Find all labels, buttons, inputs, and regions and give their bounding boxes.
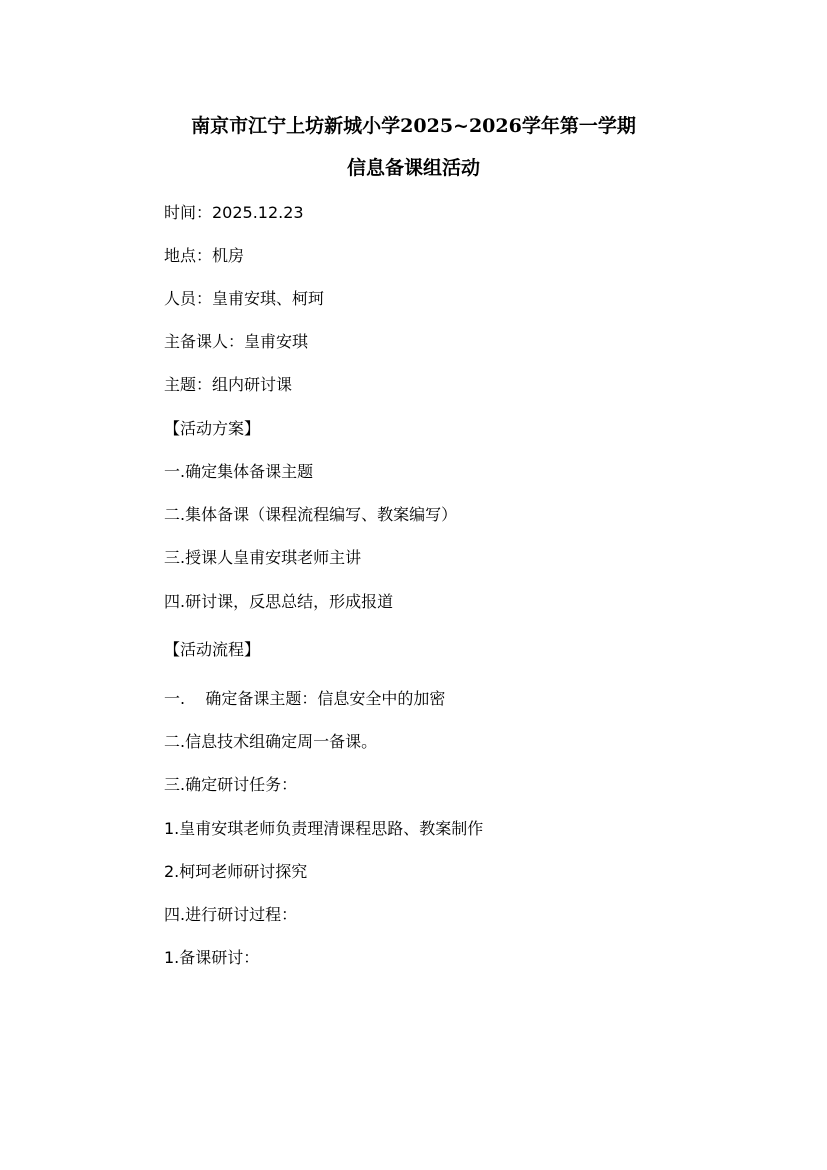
process-item: 1.皇甫安琪老师负责理清课程思路、教案制作: [164, 816, 483, 839]
process-item: 三.确定研讨任务：: [164, 772, 297, 795]
document-subtitle: 信息备课组活动: [0, 153, 827, 180]
process-item: 1.备课研讨：: [164, 945, 259, 968]
process-heading: 【活动流程】: [164, 637, 260, 660]
info-place: 地点：机房: [164, 243, 244, 266]
process-item: 二.信息技术组确定周一备课。: [164, 729, 377, 752]
plan-heading: 【活动方案】: [164, 416, 260, 439]
plan-item: 四.研讨课，反思总结，形成报道: [164, 589, 393, 612]
info-lead-teacher: 主备课人：皇甫安琪: [164, 329, 308, 352]
plan-item: 三.授课人皇甫安琪老师主讲: [164, 545, 361, 568]
process-item: 一. 确定备课主题：信息安全中的加密: [164, 686, 445, 709]
process-item: 2.柯珂老师研讨探究: [164, 859, 307, 882]
info-topic: 主题：组内研讨课: [164, 372, 292, 395]
document-title: 南京市江宁上坊新城小学2025~2026学年第一学期: [0, 111, 827, 138]
info-members: 人员：皇甫安琪、柯珂: [164, 286, 324, 309]
plan-item: 二.集体备课（课程流程编写、教案编写）: [164, 502, 457, 525]
process-item: 四.进行研讨过程：: [164, 902, 297, 925]
plan-item: 一.确定集体备课主题: [164, 459, 313, 482]
info-time: 时间：2025.12.23: [164, 200, 304, 223]
